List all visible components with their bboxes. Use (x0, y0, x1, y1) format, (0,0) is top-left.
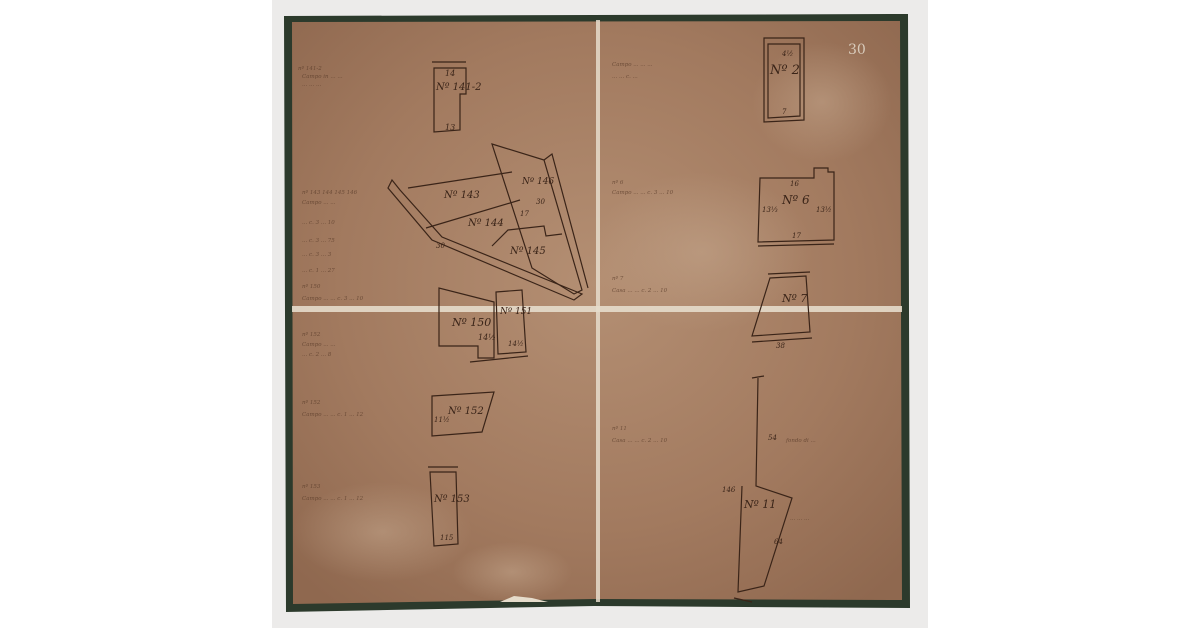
svg-text:14½: 14½ (508, 340, 524, 348)
svg-text:Campo ... ...: Campo ... ... (302, 342, 336, 348)
svg-text:... c. 3 ... 10: ... c. 3 ... 10 (302, 220, 335, 226)
svg-text:nº 141-2: nº 141-2 (298, 65, 322, 72)
svg-text:Nº 141-2: Nº 141-2 (435, 82, 481, 93)
svg-text:Campo ... ... c. 3 ... 10: Campo ... ... c. 3 ... 10 (612, 190, 674, 196)
svg-text:146: 146 (722, 486, 736, 494)
svg-text:nº 153: nº 153 (302, 483, 321, 490)
svg-text:Nº 152: Nº 152 (447, 406, 484, 417)
svg-text:nº 152: nº 152 (302, 331, 321, 338)
svg-text:Campo ... ... c. 3 ... 10: Campo ... ... c. 3 ... 10 (302, 296, 364, 302)
svg-text:30: 30 (536, 198, 545, 206)
svg-text:13: 13 (445, 123, 455, 132)
svg-text:nº 6: nº 6 (612, 179, 624, 186)
svg-text:17: 17 (520, 210, 529, 218)
svg-text:nº 7: nº 7 (612, 275, 624, 282)
svg-text:... ... c. ...: ... ... c. ... (612, 74, 638, 80)
svg-text:30: 30 (436, 242, 445, 250)
svg-text:Nº 153: Nº 153 (433, 494, 470, 505)
svg-text:Nº 145: Nº 145 (509, 246, 546, 257)
svg-text:nº 143 144 145 146: nº 143 144 145 146 (302, 189, 358, 196)
svg-text:14: 14 (445, 69, 455, 78)
svg-text:54: 54 (768, 434, 777, 442)
svg-text:Nº 151: Nº 151 (499, 307, 532, 317)
svg-text:Campo in ... ...: Campo in ... ... (302, 74, 343, 80)
svg-text:Nº 144: Nº 144 (467, 218, 504, 229)
svg-text:Casa ... ... c. 2 ... 10: Casa ... ... c. 2 ... 10 (612, 438, 668, 444)
horizontal-fold (292, 306, 902, 312)
svg-text:Nº 7: Nº 7 (781, 292, 807, 305)
svg-text:11½: 11½ (434, 416, 450, 424)
svg-text:... c. 3 ... 3: ... c. 3 ... 3 (302, 252, 332, 258)
svg-text:Campo ... ...: Campo ... ... (302, 200, 336, 206)
svg-text:... c. 3 ... 75: ... c. 3 ... 75 (302, 238, 335, 244)
svg-text:nº 152: nº 152 (302, 399, 321, 406)
svg-text:17: 17 (792, 232, 801, 240)
svg-text:64: 64 (774, 538, 783, 546)
svg-text:Campo ... ... c. 1 ... 12: Campo ... ... c. 1 ... 12 (302, 496, 364, 502)
svg-text:Campo ... ... c. 1 ... 12: Campo ... ... c. 1 ... 12 (302, 412, 364, 418)
svg-text:... c. 1 ... 27: ... c. 1 ... 27 (302, 268, 335, 274)
svg-text:13½: 13½ (816, 206, 832, 214)
svg-text:Nº 143: Nº 143 (443, 190, 480, 201)
svg-text:Nº 6: Nº 6 (781, 193, 810, 207)
svg-text:... ... ...: ... ... ... (302, 82, 321, 88)
svg-text:4½: 4½ (781, 50, 793, 58)
svg-text:13⅓: 13⅓ (762, 206, 778, 214)
svg-text:Casa ... ... c. 2 ... 10: Casa ... ... c. 2 ... 10 (612, 288, 668, 294)
svg-text:fondo di ...: fondo di ... (785, 438, 816, 444)
svg-text:7: 7 (782, 108, 787, 116)
svg-text:Nº 11: Nº 11 (743, 498, 776, 511)
svg-text:nº 150: nº 150 (302, 283, 321, 290)
svg-text:115: 115 (440, 534, 454, 542)
svg-text:Nº 150: Nº 150 (451, 316, 491, 329)
svg-text:... c. 2 ... 8: ... c. 2 ... 8 (302, 352, 332, 358)
svg-text:Campo ... ... ...: Campo ... ... ... (612, 62, 653, 68)
svg-text:16: 16 (790, 180, 799, 188)
svg-text:Nº 2: Nº 2 (769, 63, 800, 78)
svg-text:38: 38 (776, 342, 785, 350)
svg-text:14½: 14½ (478, 333, 496, 342)
svg-text:nº 11: nº 11 (612, 425, 627, 432)
manuscript-map: 14 Nº 141-2 13 Nº 2 4½ 7 Nº 143 Nº 144 N… (282, 12, 912, 614)
map-canvas: 14 Nº 141-2 13 Nº 2 4½ 7 Nº 143 Nº 144 N… (282, 12, 912, 614)
corner-mark: 30 (848, 42, 866, 58)
svg-text:... ... ...: ... ... ... (790, 516, 809, 522)
svg-text:Nº 146: Nº 146 (521, 177, 554, 187)
